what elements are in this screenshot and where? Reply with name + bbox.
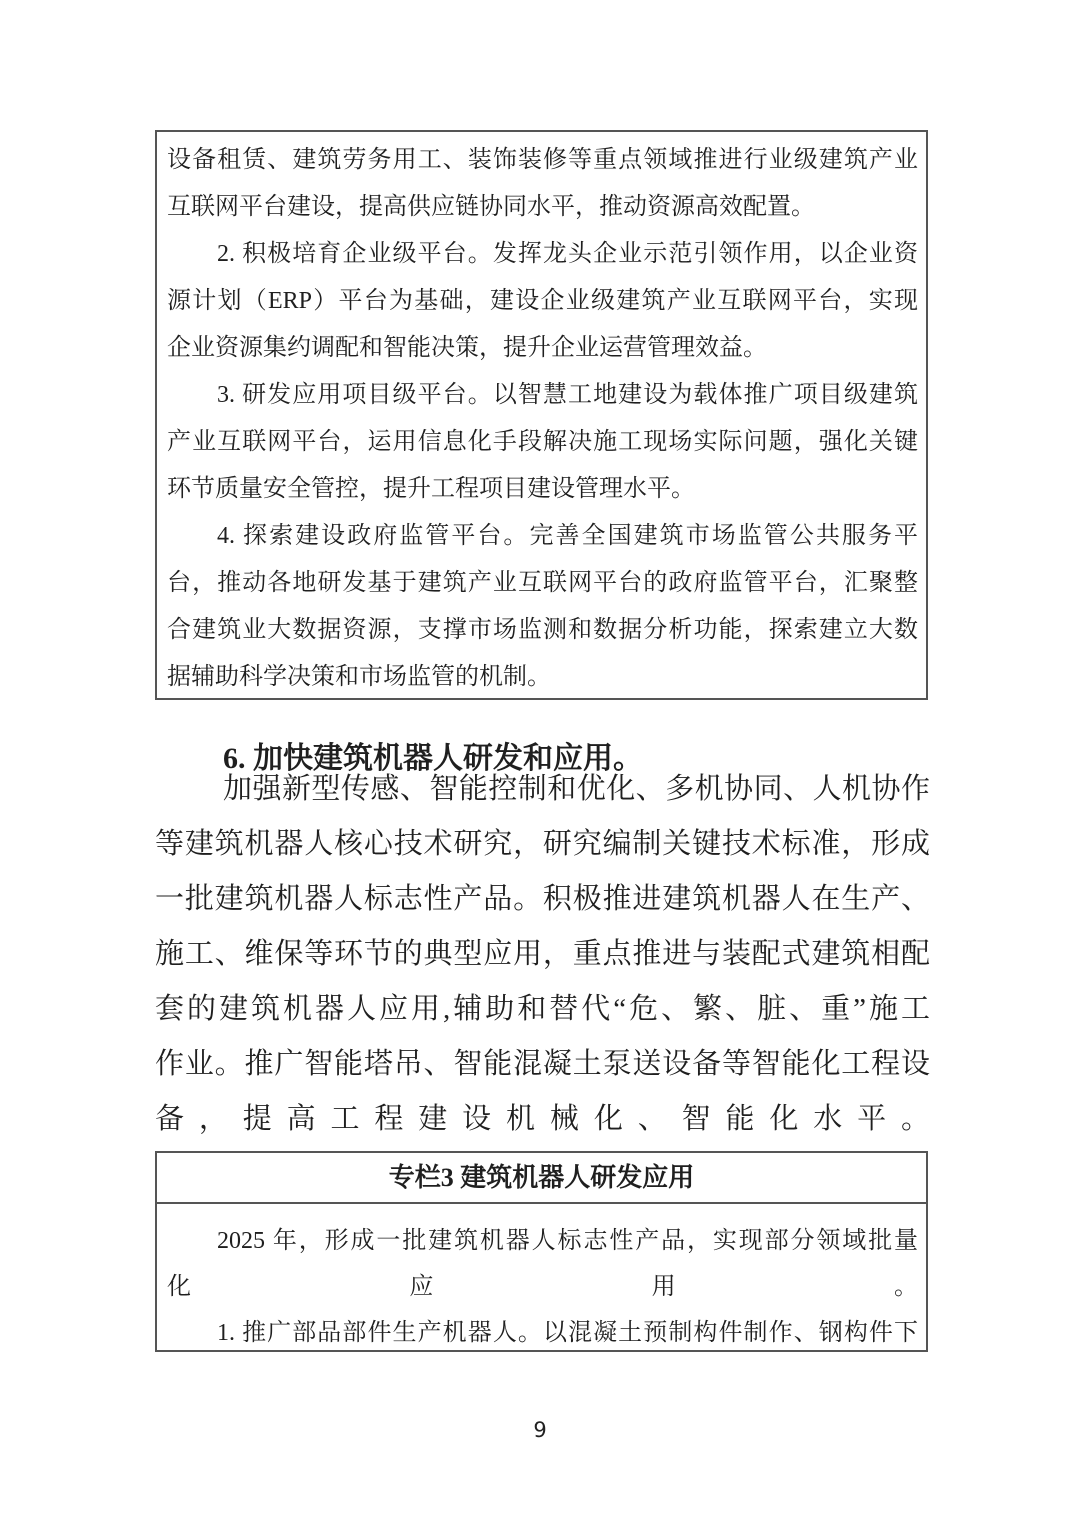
document-page: 设备租赁、建筑劳务用工、装饰装修等重点领域推进行业级建筑产业 互联网平台建设，提… [0,0,1080,1527]
box2-body: 2025 年，形成一批建筑机器人标志性产品，实现部分领域批量 化应用。 1. 推… [157,1204,926,1352]
box1-paragraph2-line3: 企业资源集约调配和智能决策，提升企业运营管理效益。 [167,325,918,372]
box1-paragraph4-line4: 据辅助科学决策和市场监管的机制。 [167,654,918,700]
callout-box-robot-rd: 专栏3 建筑机器人研发应用 2025 年，形成一批建筑机器人标志性产品，实现部分… [155,1151,928,1352]
box1-paragraph3-line3: 环节质量安全管控，提升工程项目建设管理水平。 [167,466,918,513]
section6-line4: 施工、维保等环节的典型应用，重点推进与装配式建筑相配 [155,927,930,982]
box1-paragraph1-line2: 互联网平台建设，提高供应链协同水平，推动资源高效配置。 [167,184,918,231]
section6-line5: 套的建筑机器人应用,辅助和替代“危、繁、脏、重”施工 [155,982,930,1037]
section6-line3: 一批建筑机器人标志性产品。积极推进建筑机器人在生产、 [155,872,930,927]
box1-paragraph2-line2: 源计划（ERP）平台为基础，建设企业级建筑产业互联网平台，实现 [167,278,918,325]
section6-paragraph: 加强新型传感、智能控制和优化、多机协同、人机协作 等建筑机器人核心技术研究，研究… [155,762,930,1147]
section6-line1: 加强新型传感、智能控制和优化、多机协同、人机协作 [155,762,930,817]
page-number: 9 [0,1418,1080,1442]
section6-line6: 作业。推广智能塔吊、智能混凝土泵送设备等智能化工程设 [155,1037,930,1092]
section6-line7: 备，提高工程建设机械化、智能化水平。 [155,1092,930,1147]
box2-paragraph1-line1: 2025 年，形成一批建筑机器人标志性产品，实现部分领域批量 [167,1218,918,1264]
box2-title: 专栏3 建筑机器人研发应用 [157,1153,926,1204]
box1-paragraph1-line1: 设备租赁、建筑劳务用工、装饰装修等重点领域推进行业级建筑产业 [167,137,918,184]
callout-box-internet-platform: 设备租赁、建筑劳务用工、装饰装修等重点领域推进行业级建筑产业 互联网平台建设，提… [155,130,928,700]
box2-paragraph2-line1: 1. 推广部品部件生产机器人。以混凝土预制构件制作、钢构件下 [167,1310,918,1352]
box1-paragraph4-line2: 台，推动各地研发基于建筑产业互联网平台的政府监管平台，汇聚整 [167,560,918,607]
box2-paragraph1-line2: 化应用。 [167,1264,918,1310]
box1-paragraph3-line2: 产业互联网平台，运用信息化手段解决施工现场实际问题，强化关键 [167,419,918,466]
box1-paragraph2-line1: 2. 积极培育企业级平台。发挥龙头企业示范引领作用，以企业资 [167,231,918,278]
section6-line2: 等建筑机器人核心技术研究，研究编制关键技术标准，形成 [155,817,930,872]
box1-paragraph3-line1: 3. 研发应用项目级平台。以智慧工地建设为载体推广项目级建筑 [167,372,918,419]
box1-paragraph4-line3: 合建筑业大数据资源，支撑市场监测和数据分析功能，探索建立大数 [167,607,918,654]
box1-paragraph4-line1: 4. 探索建设政府监管平台。完善全国建筑市场监管公共服务平 [167,513,918,560]
